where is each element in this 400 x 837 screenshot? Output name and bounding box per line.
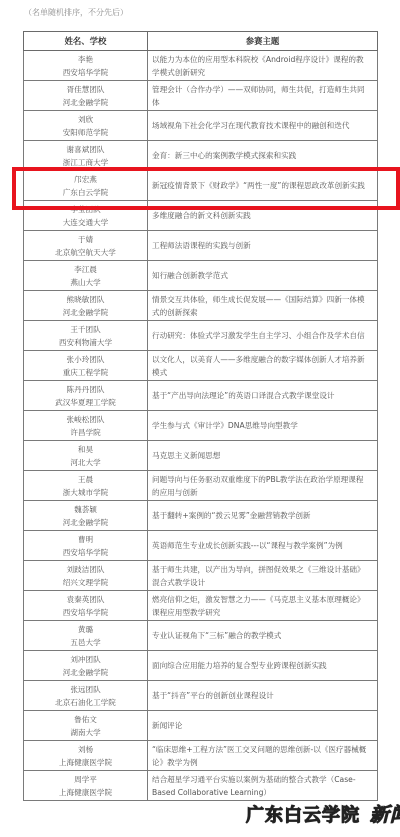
watermark: 广东白云学院新闻网 — [246, 800, 400, 827]
table-row: 王晨浙大城市学院问题导向与任务驱动双重维度下的PBL教学法在政治学原理课程的应用… — [24, 471, 378, 501]
contestant-school: 北京石油化工学院 — [27, 696, 144, 709]
contestant-school: 湖南大学 — [27, 726, 144, 739]
contestant-school: 北京航空航天大学 — [27, 246, 144, 259]
table-row: 李莹团队大连交通大学多维度融合的新文科创新实践 — [24, 201, 378, 231]
contestant-school: 许昌学院 — [27, 426, 144, 439]
table-row: 周学平上海健康医学院结合超星学习通平台实施以案例为基础的整合式教学（Case-B… — [24, 771, 378, 801]
contestant-school: 浙江工商大学 — [27, 156, 144, 169]
contest-theme: 新闻评论 — [148, 711, 378, 741]
contestant-name: 李莹团队 — [27, 203, 144, 216]
contestant-school: 广东白云学院 — [27, 186, 144, 199]
contest-theme: 基于师生共建，以产出为导向，拼图促效果之《三维设计基础》混合式教学设计 — [148, 561, 378, 591]
contestant-name: 刘杨 — [27, 743, 144, 756]
contestant-name: 陈丹丹团队 — [27, 383, 144, 396]
table-row: 刘杨上海健康医学院“临床思维+工程方法”医工交叉问题的思维创新-以《医疗器械概论… — [24, 741, 378, 771]
table-row: 李艳西安培华学院以能力为本位的应用型本科院校《Android程序设计》课程的教学… — [24, 51, 378, 81]
table-row: 谢喜斌团队浙江工商大学金育：新三中心的案例教学模式探索和实践 — [24, 141, 378, 171]
contestant-name: 李江晨 — [27, 263, 144, 276]
contestant-name: 胥佳慧团队 — [27, 83, 144, 96]
contestant-name: 王晨 — [27, 473, 144, 486]
table-row: 刘跂洁团队绍兴文理学院基于师生共建，以产出为导向，拼图促效果之《三维设计基础》混… — [24, 561, 378, 591]
contestant-school: 河北金融学院 — [27, 96, 144, 109]
contestant-school: 河北金融学院 — [27, 306, 144, 319]
contest-theme: “临床思维+工程方法”医工交叉问题的思维创新-以《医疗器械概论》教学为例 — [148, 741, 378, 771]
contestant-school: 西安培华学院 — [27, 606, 144, 619]
contestant-school: 上海健康医学院 — [27, 756, 144, 769]
header-theme: 参赛主题 — [148, 32, 378, 51]
contestant-school: 绍兴文理学院 — [27, 576, 144, 589]
contestant-name: 张峻松团队 — [27, 413, 144, 426]
table-row: 张小玲团队重庆工程学院以文化人，以美育人——多维度融合的数字媒体创新人才培养新模… — [24, 351, 378, 381]
contestant-table: 姓名、学校 参赛主题 李艳西安培华学院以能力为本位的应用型本科院校《Androi… — [23, 31, 378, 801]
contest-theme: 管理会计（合作办学）——双师协同，师生共促，打造师生共同体 — [148, 81, 378, 111]
contestant-school: 河北大学 — [27, 456, 144, 469]
table-row: 张峻松团队许昌学院学生参与式《审计学》DNA思维导向型教学 — [24, 411, 378, 441]
table-row: 张远团队北京石油化工学院基于“抖音”平台的创新创业课程设计 — [24, 681, 378, 711]
table-row: 胥佳慧团队河北金融学院管理会计（合作办学）——双师协同，师生共促，打造师生共同体 — [24, 81, 378, 111]
table-row-highlighted: 邝宏燕广东白云学院新冠疫情背景下《财政学》“两性一度”的课程思政改革创新实践 — [24, 171, 378, 201]
contestant-school: 安阳师范学院 — [27, 126, 144, 139]
contestant-school: 河北金融学院 — [27, 666, 144, 679]
table-row: 袁秦英团队西安培华学院燃亮信仰之炬，激发智慧之力——《马克思主义基本原理概论》课… — [24, 591, 378, 621]
table-row: 黄璐五邑大学专业认证视角下“三标”融合的教学模式 — [24, 621, 378, 651]
contest-theme: 情景交互共体验，师生成长促发展——《国际结算》四新一体模式的创新探索 — [148, 291, 378, 321]
contestant-school: 重庆工程学院 — [27, 366, 144, 379]
table-row: 王千团队西安利物浦大学行动研究：体验式学习激发学生自主学习、小组合作及学术自信 — [24, 321, 378, 351]
table-body: 李艳西安培华学院以能力为本位的应用型本科院校《Android程序设计》课程的教学… — [24, 51, 378, 801]
contest-theme: 基于“产出导向法理论”的英语口译混合式教学课堂设计 — [148, 381, 378, 411]
contestant-name: 王千团队 — [27, 323, 144, 336]
table-row: 刘欣安阳师范学院场域视角下社会化学习在现代教育技术课程中的融创和迭代 — [24, 111, 378, 141]
contest-theme: 问题导向与任务驱动双重维度下的PBL教学法在政治学原理课程的应用与创新 — [148, 471, 378, 501]
contest-theme: 学生参与式《审计学》DNA思维导向型教学 — [148, 411, 378, 441]
contest-theme: 新冠疫情背景下《财政学》“两性一度”的课程思政改革创新实践 — [148, 171, 378, 201]
contestant-name: 李艳 — [27, 53, 144, 66]
contestant-name: 袁秦英团队 — [27, 593, 144, 606]
contestant-school: 燕山大学 — [27, 276, 144, 289]
contestant-name: 于婧 — [27, 233, 144, 246]
contest-theme: 专业认证视角下“三标”融合的教学模式 — [148, 621, 378, 651]
watermark-school: 广东白云学院 — [246, 805, 360, 826]
table-row: 鲁佑文湖南大学新闻评论 — [24, 711, 378, 741]
table-row: 魏荟颖河北金融学院基于翻转+案例的“拨云见雾”金融营销教学创新 — [24, 501, 378, 531]
contest-theme: 行动研究：体验式学习激发学生自主学习、小组合作及学术自信 — [148, 321, 378, 351]
table-header-row: 姓名、学校 参赛主题 — [24, 32, 378, 51]
contestant-name: 谢喜斌团队 — [27, 143, 144, 156]
contestant-school: 上海健康医学院 — [27, 786, 144, 799]
contest-theme: 场域视角下社会化学习在现代教育技术课程中的融创和迭代 — [148, 111, 378, 141]
contestant-school: 西安培华学院 — [27, 546, 144, 559]
contestant-name: 和昊 — [27, 443, 144, 456]
contestant-name: 周学平 — [27, 773, 144, 786]
contest-theme: 燃亮信仰之炬，激发智慧之力——《马克思主义基本原理概论》课程应用型教学研究 — [148, 591, 378, 621]
contest-theme: 以文化人，以美育人——多维度融合的数字媒体创新人才培养新模式 — [148, 351, 378, 381]
contestant-name: 刘欣 — [27, 113, 144, 126]
table-row: 刘冲团队河北金融学院面向综合应用能力培养的复合型专业跨课程创新实践 — [24, 651, 378, 681]
contest-theme: 英语师范生专业成长创新实践---以“课程与教学案例”为例 — [148, 531, 378, 561]
contest-theme: 工程师法语课程的实践与创新 — [148, 231, 378, 261]
contest-theme: 多维度融合的新文科创新实践 — [148, 201, 378, 231]
contestant-name: 魏荟颖 — [27, 503, 144, 516]
contestant-name: 张远团队 — [27, 683, 144, 696]
contest-theme: 金育：新三中心的案例教学模式探索和实践 — [148, 141, 378, 171]
table-row: 李江晨燕山大学知行融合创新教学范式 — [24, 261, 378, 291]
contestant-school: 河北金融学院 — [27, 516, 144, 529]
table-row: 熊晓敏团队河北金融学院情景交互共体验，师生成长促发展——《国际结算》四新一体模式… — [24, 291, 378, 321]
contestant-name: 邝宏燕 — [27, 173, 144, 186]
contestant-school: 五邑大学 — [27, 636, 144, 649]
contestant-name: 刘跂洁团队 — [27, 563, 144, 576]
watermark-site: 新闻网 — [370, 804, 400, 826]
header-name-school: 姓名、学校 — [24, 32, 148, 51]
contest-theme: 基于翻转+案例的“拨云见雾”金融营销教学创新 — [148, 501, 378, 531]
contestant-school: 武汉华夏理工学院 — [27, 396, 144, 409]
contest-theme: 马克思主义新闻思想 — [148, 441, 378, 471]
table-row: 曹明西安培华学院英语师范生专业成长创新实践---以“课程与教学案例”为例 — [24, 531, 378, 561]
contestant-name: 刘冲团队 — [27, 653, 144, 666]
ranking-note: （名单随机排序，不分先后） — [24, 7, 128, 19]
contest-theme: 结合超星学习通平台实施以案例为基础的整合式教学（Case-Based Colla… — [148, 771, 378, 801]
table-row: 于婧北京航空航天大学工程师法语课程的实践与创新 — [24, 231, 378, 261]
contest-theme: 面向综合应用能力培养的复合型专业跨课程创新实践 — [148, 651, 378, 681]
contestant-name: 黄璐 — [27, 623, 144, 636]
contestant-school: 浙大城市学院 — [27, 486, 144, 499]
contestant-name: 曹明 — [27, 533, 144, 546]
contest-theme: 以能力为本位的应用型本科院校《Android程序设计》课程的教学模式创新研究 — [148, 51, 378, 81]
table-row: 和昊河北大学马克思主义新闻思想 — [24, 441, 378, 471]
contestant-name: 鲁佑文 — [27, 713, 144, 726]
contest-theme: 知行融合创新教学范式 — [148, 261, 378, 291]
contestant-school: 西安利物浦大学 — [27, 336, 144, 349]
contestant-name: 张小玲团队 — [27, 353, 144, 366]
contest-theme: 基于“抖音”平台的创新创业课程设计 — [148, 681, 378, 711]
contestant-school: 大连交通大学 — [27, 216, 144, 229]
contestant-school: 西安培华学院 — [27, 66, 144, 79]
table-row: 陈丹丹团队武汉华夏理工学院基于“产出导向法理论”的英语口译混合式教学课堂设计 — [24, 381, 378, 411]
contestant-name: 熊晓敏团队 — [27, 293, 144, 306]
